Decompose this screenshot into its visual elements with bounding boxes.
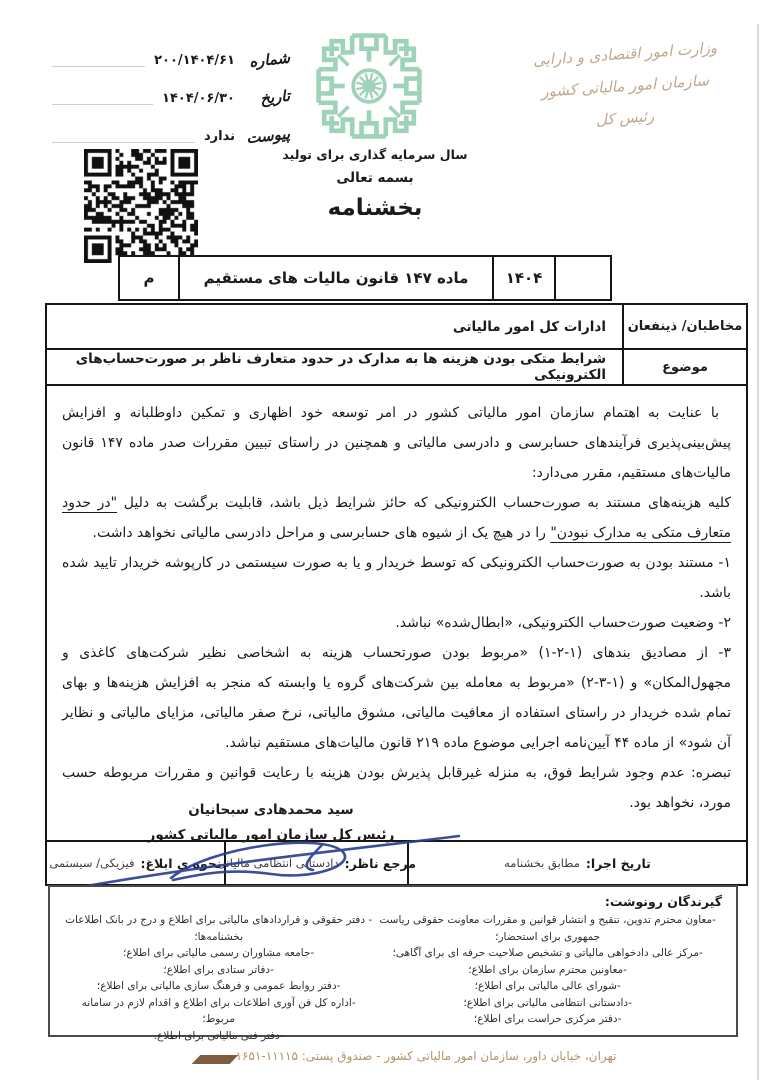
cc-item: - دفتر حقوقی و قراردادهای مالیاتی برای ا… — [64, 912, 373, 945]
cc-item: -دفتر روابط عمومی و فرهنگ سازی مالیاتی ب… — [64, 978, 373, 995]
condition-item-1: ۱- مستند بودن به صورت‌حساب الکترونیکی که… — [62, 548, 731, 608]
execution-date-cell: تاریخ اجرا: مطابق بخشنامه — [409, 842, 746, 884]
meta-rule-line — [52, 142, 195, 143]
audience-label: مخاطبان/ ذینفعان — [624, 305, 746, 348]
condition-item-3: ۳- از مصادیق بندهای (۱-۲-۱) «مربوط بودن … — [62, 638, 731, 758]
strip-subject-ref-cell: ماده ۱۴۷ قانون مالیات های مستقیم — [180, 257, 494, 299]
p2-after: را در هیچ یک از شیوه های حسابرسی و مراحل… — [93, 525, 551, 541]
bismillah-text: بسمه تعالی — [225, 170, 525, 186]
cc-item: -دفاتر ستادی برای اطلاع؛ — [64, 962, 373, 979]
cc-item: -دفتر مرکزی حراست برای اطلاع؛ — [373, 1011, 722, 1028]
cc-item: -معاون محترم تدوین، تنقیح و انتشار قوانی… — [373, 912, 722, 945]
meta-row-attachment: پیوست ندارد — [52, 122, 290, 150]
cc-item: -مرکز عالی دادخواهی مالیاتی و تشخیص صلاح… — [373, 945, 722, 962]
cc-item: -اداره کل فن آوری اطلاعات برای اطلاع و ا… — [64, 995, 373, 1028]
date-value: ۱۴۰۴/۰۶/۳۰ — [162, 91, 235, 106]
body-paragraph-1: با عنایت به اهتمام سازمان امور مالیاتی ک… — [62, 398, 731, 488]
meta-row-number: شماره ۲۰۰/۱۴۰۴/۶۱ — [52, 46, 290, 74]
year-slogan: سال سرمایه گذاری برای تولید — [225, 147, 525, 162]
strip-blank-cell — [556, 257, 610, 299]
p2-before: کلیه هزینه‌های مستند به صورت‌حساب الکترو… — [117, 495, 731, 511]
cc-item: -شورای عالی مالیاتی برای اطلاع؛ — [373, 978, 722, 995]
execution-date-label: تاریخ اجرا: — [586, 856, 651, 871]
document-type-title: بخشنامه — [225, 195, 525, 221]
signer-name: سید محمدهادی سبحانیان — [106, 798, 436, 823]
subject-value: شرایط متکی بودن هزینه ها به مدارک در حدو… — [47, 350, 624, 384]
execution-date-value: مطابق بخشنامه — [504, 856, 580, 870]
circular-body: با عنایت به اهتمام سازمان امور مالیاتی ک… — [47, 386, 746, 842]
cc-item: -معاونین محترم سازمان برای اطلاع؛ — [373, 962, 722, 979]
copy-recipients-right-column: -معاون محترم تدوین، تنقیح و انتشار قوانی… — [373, 912, 722, 1044]
condition-item-2: ۲- وضعیت صورت‌حساب الکترونیکی، «ابطال‌شد… — [62, 608, 731, 638]
attachment-label: پیوست — [243, 125, 291, 148]
classification-strip: ۱۴۰۴ ماده ۱۴۷ قانون مالیات های مستقیم م — [118, 255, 612, 301]
number-label: شماره — [243, 49, 291, 72]
cc-item: -دادستانی انتظامی مالیاتی برای اطلاع؛ — [373, 995, 722, 1012]
notification-method-value: فیزیکی/ سیستمی — [49, 856, 134, 870]
document-meta: شماره ۲۰۰/۱۴۰۴/۶۱ تاریخ ۱۴۰۴/۰۶/۳۰ پیوست… — [52, 46, 290, 160]
cc-item: -دفتر فنی مالیاتی برای اطلاع. — [64, 1028, 373, 1045]
meta-row-date: تاریخ ۱۴۰۴/۰۶/۳۰ — [52, 84, 290, 112]
execution-info-row: تاریخ اجرا: مطابق بخشنامه مرجع ناظر: داد… — [47, 842, 746, 884]
circular-document-page: وزارت امور اقتصادی و دارایی سازمان امور … — [0, 0, 772, 1080]
circular-main-table: مخاطبان/ ذینفعان ادارات کل امور مالیاتی … — [45, 303, 748, 886]
supervising-authority-value: دادستانی انتظامی مالیاتی — [217, 856, 339, 870]
tax-organization-emblem-icon — [308, 30, 430, 142]
attachment-value: ندارد — [204, 129, 235, 144]
strip-year-cell: ۱۴۰۴ — [494, 257, 556, 299]
supervising-authority-cell: مرجع ناظر: دادستانی انتظامی مالیاتی — [226, 842, 409, 884]
notification-method-cell: نحوه ی ابلاغ: فیزیکی/ سیستمی — [47, 842, 226, 884]
cc-item: -جامعه مشاوران رسمی مالیاتی برای اطلاع؛ — [64, 945, 373, 962]
meta-rule-line — [52, 104, 153, 105]
number-value: ۲۰۰/۱۴۰۴/۶۱ — [154, 53, 235, 68]
audience-value: ادارات کل امور مالیاتی — [47, 305, 624, 348]
date-label: تاریخ — [243, 87, 291, 110]
subject-row: موضوع شرایط متکی بودن هزینه ها به مدارک … — [47, 350, 746, 386]
footer-address: تهران، خیابان داور، سازمان امور مالیاتی … — [226, 1049, 626, 1063]
copy-recipients-title: گیرندگان رونوشت: — [64, 894, 722, 909]
ministry-letterhead: وزارت امور اقتصادی و دارایی سازمان امور … — [506, 38, 744, 134]
qr-code — [84, 149, 198, 263]
body-paragraph-2: کلیه هزینه‌های مستند به صورت‌حساب الکترو… — [62, 488, 731, 548]
copy-recipients-box: گیرندگان رونوشت: -معاون محترم تدوین، تنق… — [48, 885, 738, 1037]
copy-recipients-left-column: - دفتر حقوقی و قراردادهای مالیاتی برای ا… — [64, 912, 373, 1044]
meta-rule-line — [52, 66, 145, 67]
signer-title: رئیس کل سازمان امور مالیاتی کشور — [106, 823, 436, 848]
audience-row: مخاطبان/ ذینفعان ادارات کل امور مالیاتی — [47, 305, 746, 350]
strip-category-cell: م — [120, 257, 180, 299]
supervising-authority-label: مرجع ناظر: — [345, 856, 416, 871]
title-block: سال سرمایه گذاری برای تولید بسمه تعالی ب… — [225, 147, 525, 221]
subject-label: موضوع — [624, 350, 746, 384]
copy-recipients-columns: -معاون محترم تدوین، تنقیح و انتشار قوانی… — [64, 912, 722, 1044]
notification-method-label: نحوه ی ابلاغ: — [140, 856, 221, 871]
signature-block: سید محمدهادی سبحانیان رئیس کل سازمان امو… — [106, 798, 436, 848]
scan-edge-line — [757, 24, 759, 1080]
